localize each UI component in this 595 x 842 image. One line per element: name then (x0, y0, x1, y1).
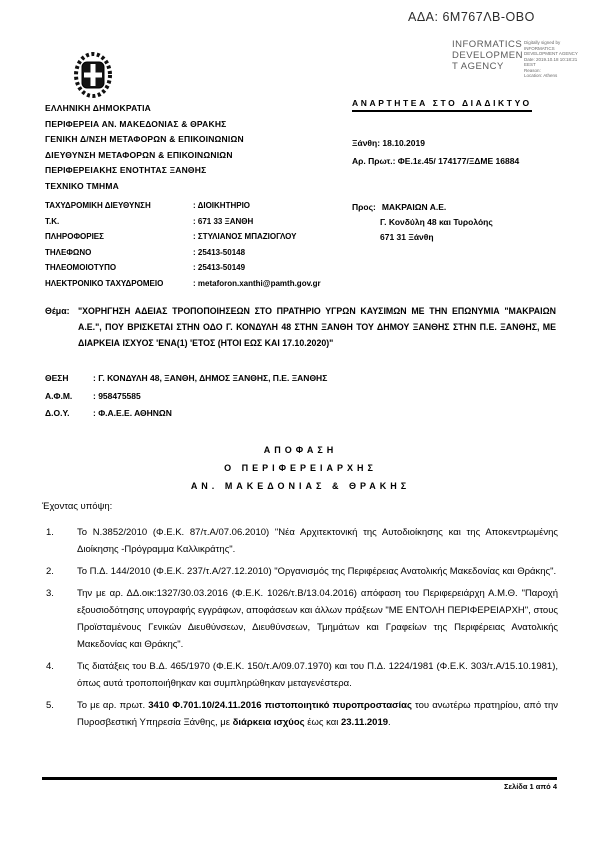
protocol-number: Αρ. Πρωτ.: ΦΕ.1ε.45/ 174177/ΞΔΜΕ 16884 (352, 156, 519, 166)
references-list: 1.Το Ν.3852/2010 (Φ.Ε.Κ. 87/τ.Α/07.06.20… (42, 524, 558, 736)
recipient-name: ΜΑΚΡΑΙΩΝ Α.Ε. (382, 200, 446, 215)
contact-row: Τ.Κ.: 671 33 ΞΑΝΘΗ (45, 214, 321, 230)
stamp-agency-line: DEVELOPMEN (452, 50, 523, 61)
reference-item: 2.Το Π.Δ. 144/2010 (Φ.Ε.Κ. 237/τ.Α/27.12… (42, 563, 558, 580)
recipient-city: 671 31 Ξάνθη (352, 230, 493, 245)
signature-stamp-details: Digitally signed by INFORMATICS DEVELOPM… (524, 40, 594, 79)
subject-text: "ΧΟΡΗΓΗΣΗ ΑΔΕΙΑΣ ΤΡΟΠΟΠΟΙΗΣΕΩΝ ΣΤΟ ΠΡΑΤΗ… (78, 303, 556, 351)
detail-row-doy: Δ.Ο.Υ.: Φ.Α.Ε.Ε. ΑΘΗΝΩΝ (45, 405, 327, 423)
email-value: : metaforon.xanthi@pamth.gov.gr (193, 276, 321, 292)
reference-number: 1. (46, 524, 54, 541)
reference-item: 5.Το με αρ. πρωτ. 3410 Φ.701.10/24.11.20… (42, 697, 558, 731)
reference-item: 3.Την με αρ. ΔΔ.οικ:1327/30.03.2016 (Φ.Ε… (42, 585, 558, 653)
contact-row: ΤΗΛΕΟΜΟΙΟΤΥΠΟ: 25413-50149 (45, 260, 321, 276)
recipient-block: Προς: ΜΑΚΡΑΙΩΝ Α.Ε. Γ. Κονδύλη 48 και Τυ… (352, 200, 493, 245)
contact-row: ΤΗΛΕΦΩΝΟ: 25413-50148 (45, 245, 321, 261)
header-line: ΤΕΧΝΙΚΟ ΤΜΗΜΑ (45, 179, 244, 195)
ada-code: ΑΔΑ: 6Μ767ΛΒ-ΟΒΟ (408, 10, 535, 24)
reference-text: Την με αρ. ΔΔ.οικ:1327/30.03.2016 (Φ.Ε.Κ… (77, 588, 558, 650)
stamp-agency-line: T AGENCY (452, 61, 523, 72)
signature-stamp-agency: INFORMATICS DEVELOPMEN T AGENCY (452, 39, 523, 72)
reference-item: 1.Το Ν.3852/2010 (Φ.Ε.Κ. 87/τ.Α/07.06.20… (42, 524, 558, 558)
recipient-label: Προς: (352, 200, 382, 215)
reference-number: 3. (46, 585, 54, 602)
reference-number: 5. (46, 697, 54, 714)
header-line: ΓΕΝΙΚΗ Δ/ΝΣΗ ΜΕΤΑΦΟΡΩΝ & ΕΠΙΚΟΙΝΩΝΙΩΝ (45, 132, 244, 148)
footer-divider (42, 777, 557, 780)
decision-heading: ΑΠΟΦΑΣΗ Ο ΠΕΡΙΦΕΡΕΙΑΡΧΗΣ ΑΝ. ΜΑΚΕΔΟΝΙΑΣ … (45, 441, 556, 495)
header-line: ΕΛΛΗΝΙΚΗ ΔΗΜΟΚΡΑΤΙΑ (45, 101, 244, 117)
greek-emblem-icon (72, 51, 114, 99)
detail-row-afm: Α.Φ.Μ.: 958475585 (45, 388, 327, 406)
reference-number: 2. (46, 563, 54, 580)
contact-row: ΠΛΗΡΟΦΟΡΙΕΣ: ΣΤΥΛΙΑΝΟΣ ΜΠΑΖΙΟΓΛΟΥ (45, 229, 321, 245)
detail-row-location: ΘΕΣΗ: Γ. ΚΟΝΔΥΛΗ 48, ΞΑΝΘΗ, ΔΗΜΟΣ ΞΑΝΘΗΣ… (45, 370, 327, 388)
contact-row-email: ΗΛΕΚΤΡΟΝΙΚΟ ΤΑΧΥΔΡΟΜΕΙΟ: metaforon.xanth… (45, 276, 321, 292)
reference-item: 4.Τις διατάξεις του Β.Δ. 465/1970 (Φ.Ε.Κ… (42, 658, 558, 692)
reference-number: 4. (46, 658, 54, 675)
station-details: ΘΕΣΗ: Γ. ΚΟΝΔΥΛΗ 48, ΞΑΝΘΗ, ΔΗΜΟΣ ΞΑΝΘΗΣ… (45, 370, 327, 423)
recipient-address: Γ. Κονδύλη 48 και Τυρολόης (352, 215, 493, 230)
publish-on-internet-label: ΑΝΑΡΤΗΤΕΑ ΣΤΟ ΔΙΑΔΙΚΤΥΟ (352, 98, 532, 112)
agency-header: ΕΛΛΗΝΙΚΗ ΔΗΜΟΚΡΑΤΙΑ ΠΕΡΙΦΕΡΕΙΑ ΑΝ. ΜΑΚΕΔ… (45, 101, 244, 194)
reference-text: Το με αρ. πρωτ. 3410 Φ.701.10/24.11.2016… (77, 700, 558, 728)
reference-text: Το Ν.3852/2010 (Φ.Ε.Κ. 87/τ.Α/07.06.2010… (77, 527, 558, 555)
header-line: ΠΕΡΙΦΕΡΕΙΑΚΗΣ ΕΝΟΤΗΤΑΣ ΞΑΝΘΗΣ (45, 163, 244, 179)
subject-label: Θέμα: (45, 303, 78, 351)
document-page: ΑΔΑ: 6Μ767ΛΒ-ΟΒΟ INFORMATICS DEVELOPMEN … (0, 0, 595, 842)
reference-text: Τις διατάξεις του Β.Δ. 465/1970 (Φ.Ε.Κ. … (77, 661, 558, 689)
contact-row: ΤΑΧΥΔΡΟΜΙΚΗ ΔΙΕΥΘΥΝΣΗ: ΔΙΟΙΚΗΤΗΡΙΟ (45, 198, 321, 214)
document-date: Ξάνθη: 18.10.2019 (352, 138, 425, 148)
header-line: ΠΕΡΙΦΕΡΕΙΑ ΑΝ. ΜΑΚΕΔΟΝΙΑΣ & ΘΡΑΚΗΣ (45, 117, 244, 133)
reference-text: Το Π.Δ. 144/2010 (Φ.Ε.Κ. 237/τ.Α/27.12.2… (77, 566, 556, 577)
header-line: ΔΙΕΥΘΥΝΣΗ ΜΕΤΑΦΟΡΩΝ & ΕΠΙΚΟΙΝΩΝΙΩΝ (45, 148, 244, 164)
stamp-agency-line: INFORMATICS (452, 39, 523, 50)
decision-title: ΑΠΟΦΑΣΗ (45, 441, 556, 459)
decision-region: ΑΝ. ΜΑΚΕΔΟΝΙΑΣ & ΘΡΑΚΗΣ (45, 477, 556, 495)
preamble-text: Έχοντας υπόψη: (42, 501, 112, 512)
page-number-label: Σελίδα 1 από 4 (42, 782, 557, 791)
contact-info: ΤΑΧΥΔΡΟΜΙΚΗ ΔΙΕΥΘΥΝΣΗ: ΔΙΟΙΚΗΤΗΡΙΟ Τ.Κ.:… (45, 198, 321, 291)
subject-block: Θέμα: "ΧΟΡΗΓΗΣΗ ΑΔΕΙΑΣ ΤΡΟΠΟΠΟΙΗΣΕΩΝ ΣΤΟ… (45, 303, 556, 351)
decision-authority: Ο ΠΕΡΙΦΕΡΕΙΑΡΧΗΣ (45, 459, 556, 477)
